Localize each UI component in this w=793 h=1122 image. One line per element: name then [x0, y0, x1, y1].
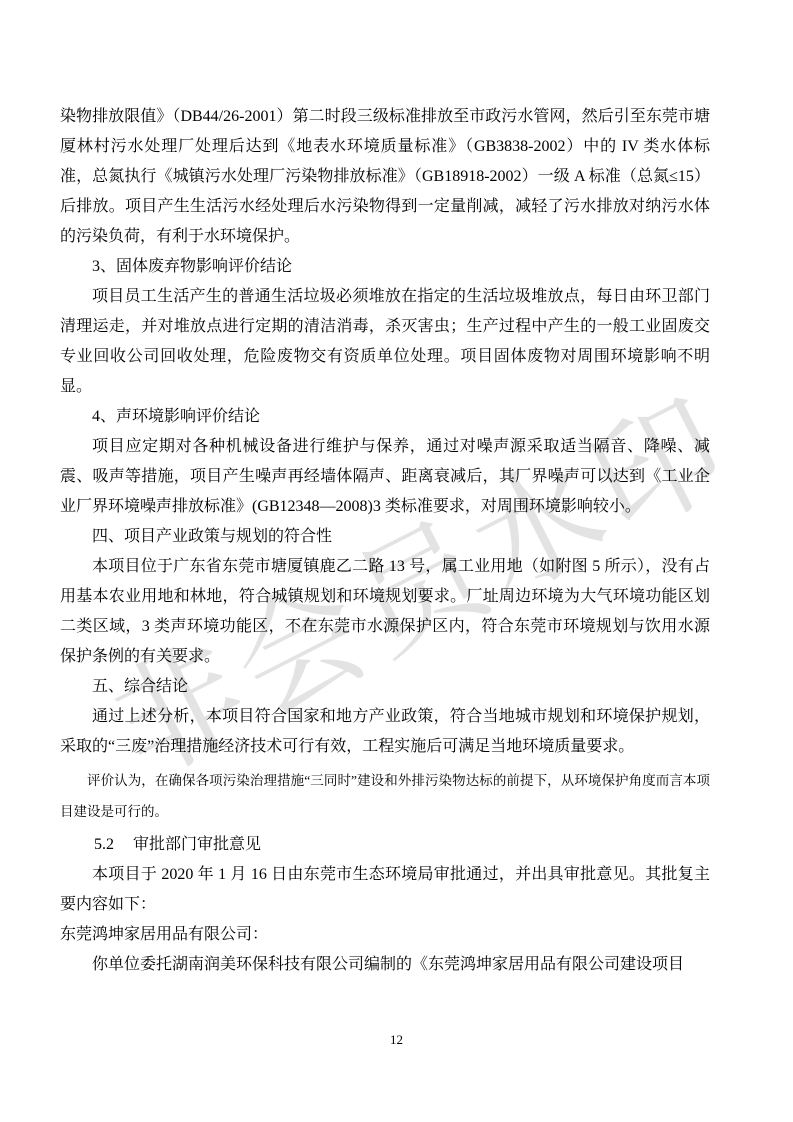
- section-heading-approval-opinion: 5.2审批部门审批意见: [60, 830, 710, 860]
- section-number: 5.2: [94, 830, 114, 860]
- paragraph-entrust: 你单位委托湖南润美环保科技有限公司编制的《东莞鸿坤家居用品有限公司建设项目: [60, 950, 710, 980]
- document-page: 非会员水印 染物排放限值》（DB44/26-2001）第二时段三级标准排放至市政…: [0, 0, 793, 1122]
- page-number: 12: [0, 1031, 793, 1049]
- paragraph-water-pollution-conclusion: 染物排放限值》（DB44/26-2001）第二时段三级标准排放至市政污水管网，然…: [60, 102, 710, 252]
- heading-industrial-policy: 四、项目产业政策与规划的符合性: [60, 522, 710, 552]
- heading-overall-conclusion: 五、综合结论: [60, 672, 710, 702]
- paragraph-overall-conclusion: 通过上述分析，本项目符合国家和地方产业政策，符合当地城市规划和环境保护规划，采取…: [60, 702, 710, 762]
- section-title: 审批部门审批意见: [133, 836, 261, 853]
- paragraph-industrial-policy: 本项目位于广东省东莞市塘厦镇鹿乙二路 13 号，属工业用地（如附图 5 所示），…: [60, 552, 710, 672]
- paragraph-evaluation-note: 评价认为，在确保各项污染治理措施“三同时”建设和外排污染物达标的前提下，从环境保…: [60, 765, 710, 827]
- page-content: 染物排放限值》（DB44/26-2001）第二时段三级标准排放至市政污水管网，然…: [60, 102, 710, 980]
- heading-noise-conclusion: 4、声环境影响评价结论: [60, 402, 710, 432]
- paragraph-noise: 项目应定期对各种机械设备进行维护与保养，通过对噪声源采取适当隔音、降噪、减震、吸…: [60, 432, 710, 522]
- company-address-line: 东莞鸿坤家居用品有限公司：: [60, 920, 710, 950]
- heading-solid-waste-conclusion: 3、固体废弃物影响评价结论: [60, 252, 710, 282]
- paragraph-solid-waste: 项目员工生活产生的普通生活垃圾必须堆放在指定的生活垃圾堆放点，每日由环卫部门清理…: [60, 282, 710, 402]
- paragraph-approval-date: 本项目于 2020 年 1 月 16 日由东莞市生态环境局审批通过，并出具审批意…: [60, 860, 710, 920]
